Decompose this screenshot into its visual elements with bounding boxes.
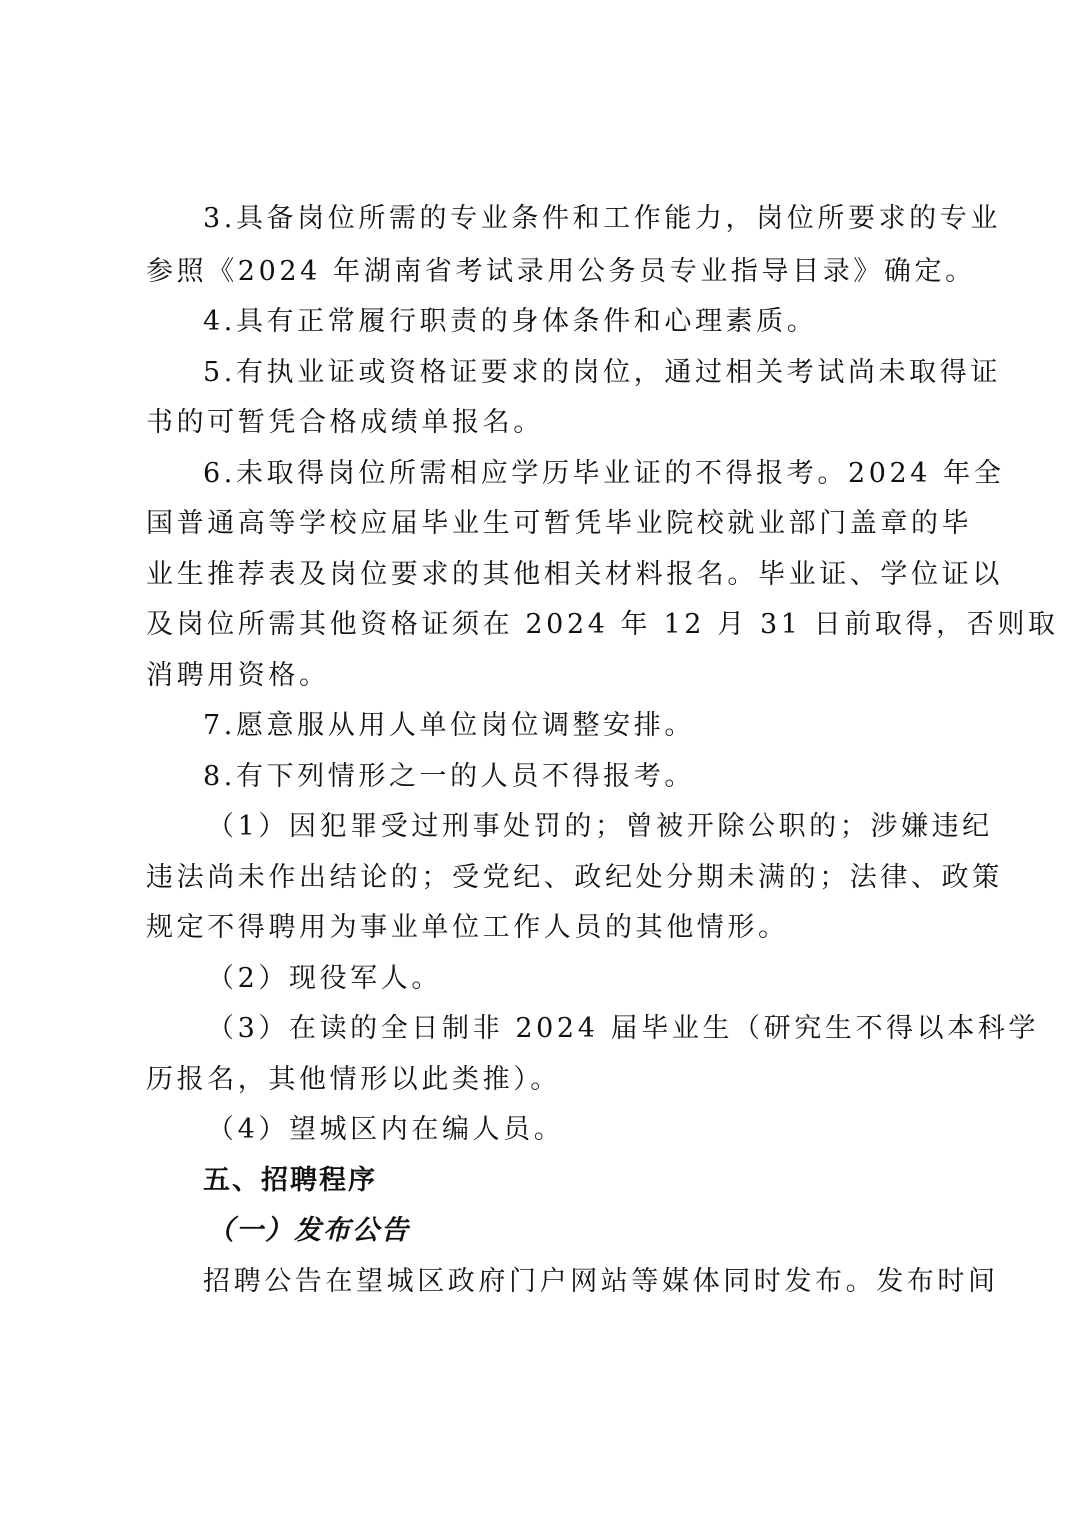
item-5-line-1: 5.有执业证或资格证要求的岗位，通过相关考试尚未取得证 bbox=[203, 357, 1003, 389]
item-8-1-line-2: 违法尚未作出结论的；受党纪、政纪处分期未满的；法律、政策 bbox=[146, 862, 946, 894]
section-heading-recruitment-procedure: 五、招聘程序 bbox=[203, 1165, 1003, 1197]
item-3-line-1: 3.具备岗位所需的专业条件和工作能力，岗位所要求的专业 bbox=[203, 203, 1003, 235]
item-6-line-2: 国普通高等学校应届毕业生可暂凭毕业院校就业部门盖章的毕 bbox=[146, 508, 946, 540]
item-8-1-line-3: 规定不得聘用为事业单位工作人员的其他情形。 bbox=[146, 912, 946, 944]
subsection-heading-publish-announcement: （一）发布公告 bbox=[207, 1215, 1007, 1247]
item-6-line-1: 6.未取得岗位所需相应学历毕业证的不得报考。2024 年全 bbox=[203, 458, 1003, 490]
item-4: 4.具有正常履行职责的身体条件和心理素质。 bbox=[203, 306, 1003, 338]
item-6-line-3: 业生推荐表及岗位要求的其他相关材料报名。毕业证、学位证以 bbox=[146, 559, 946, 591]
item-8-1-line-1: （1）因犯罪受过刑事处罚的；曾被开除公职的；涉嫌违纪 bbox=[207, 811, 1007, 843]
document-page: 3.具备岗位所需的专业条件和工作能力，岗位所要求的专业 参照《2024 年湖南省… bbox=[0, 0, 1074, 1520]
item-6-line-5: 消聘用资格。 bbox=[146, 660, 946, 692]
item-3-line-2: 参照《2024 年湖南省考试录用公务员专业指导目录》确定。 bbox=[146, 256, 946, 288]
item-7: 7.愿意服从用人单位岗位调整安排。 bbox=[203, 710, 1003, 742]
item-6-line-4: 及岗位所需其他资格证须在 2024 年 12 月 31 日前取得，否则取 bbox=[146, 609, 946, 641]
announcement-paragraph-line-1: 招聘公告在望城区政府门户网站等媒体同时发布。发布时间 bbox=[203, 1266, 1003, 1298]
item-8-4: （4）望城区内在编人员。 bbox=[207, 1114, 1007, 1146]
item-8-3-line-2: 历报名，其他情形以此类推）。 bbox=[146, 1064, 946, 1096]
item-5-line-2: 书的可暂凭合格成绩单报名。 bbox=[146, 407, 946, 439]
item-8-3-line-1: （3）在读的全日制非 2024 届毕业生（研究生不得以本科学 bbox=[207, 1013, 1007, 1045]
item-8-2: （2）现役军人。 bbox=[207, 963, 1007, 995]
item-8: 8.有下列情形之一的人员不得报考。 bbox=[203, 761, 1003, 793]
